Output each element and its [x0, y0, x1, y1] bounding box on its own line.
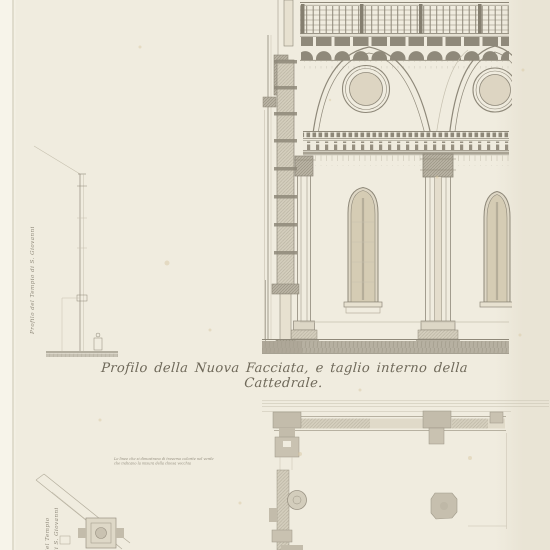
oculus-window-right — [473, 68, 517, 112]
ground-band — [262, 340, 509, 354]
engraving — [0, 0, 550, 550]
lancet-window-right — [480, 192, 514, 308]
plate-title: Profilo della Nuova Facciata, e taglio i… — [87, 361, 481, 391]
lancet-window-left — [344, 188, 382, 314]
plan-corner-pier — [273, 412, 301, 457]
fine-print-caption: Le linee che si dimostrano di traverso c… — [114, 457, 234, 466]
engraved-plate-page: Profilo della Nuova Facciata, e taglio i… — [0, 0, 550, 550]
pier-middle — [416, 154, 460, 343]
plan-compound-pier — [269, 470, 307, 550]
bottom-left-label-line2: di S. Giovanni — [53, 507, 60, 550]
cathedral-section-drawing — [262, 0, 544, 354]
baptistery-profile-drawing — [34, 146, 118, 357]
oculus-window-left — [343, 66, 390, 113]
plan-wall-end — [490, 412, 503, 423]
fine-print-line2: che indicano la misura della chiesa vecc… — [114, 462, 234, 467]
entablature-cornice — [303, 131, 509, 166]
floor-plan-drawing — [262, 401, 549, 550]
plan-middle-pier — [423, 411, 451, 444]
foxing-spots — [99, 46, 525, 505]
side-label-baptistery-profile: Profilo del Tempio di S. Giovanni — [29, 226, 36, 334]
bottom-left-label-line1: del Tempio — [44, 517, 51, 550]
gallery-band — [300, 3, 509, 37]
facade-wall-section — [263, 0, 299, 352]
